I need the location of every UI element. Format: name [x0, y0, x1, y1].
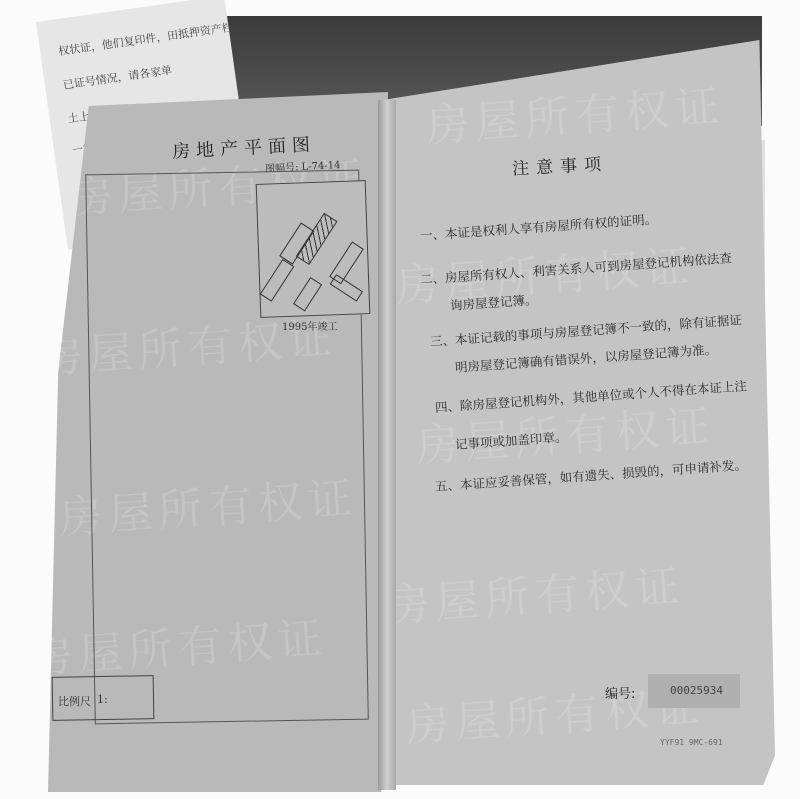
- background-text-line: 已证号情况，请各家单: [62, 62, 173, 93]
- photo-frame: 权状证，他们复印件，田抵押资产档 已证号情况，请各家单 土上地税收中心 一第档证…: [0, 0, 800, 799]
- building-outline: [330, 274, 363, 301]
- background-text-line: 权状证，他们复印件，田抵押资产档: [57, 19, 234, 59]
- building-outline: [293, 277, 322, 311]
- scale-value: 1:: [97, 693, 108, 706]
- scale-label: 比例尺: [58, 693, 91, 709]
- notice-title: 注意事项: [511, 150, 608, 180]
- serial-label: 编号:: [605, 683, 635, 702]
- building-outline: [260, 259, 295, 302]
- printer-code: YYF91 9MC-691: [660, 738, 723, 747]
- completion-year-caption: 1995年竣工: [282, 318, 337, 333]
- serial-number: 00025934: [670, 684, 723, 697]
- watermark: 房屋所有权证: [383, 550, 687, 635]
- booklet-spine: [378, 100, 396, 790]
- site-map: [256, 180, 371, 318]
